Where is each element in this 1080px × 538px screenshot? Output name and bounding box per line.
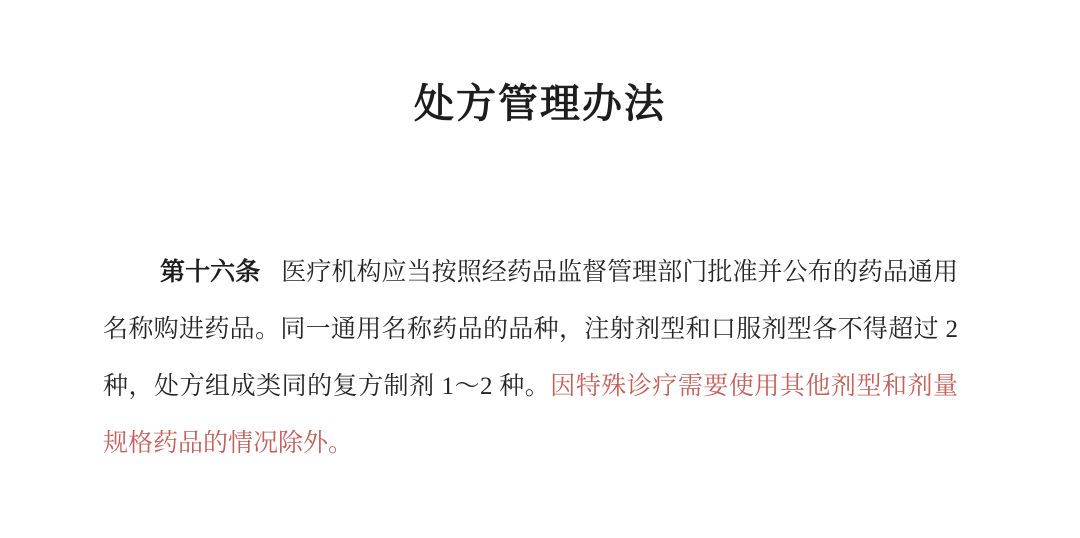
document-title: 处方管理办法 — [0, 72, 1080, 129]
article-number-label: 第十六条 — [160, 259, 260, 286]
document-page: 处方管理办法 第十六条医疗机构应当按照经药品监督管理部门批准并公布的药品通用名称… — [0, 0, 1080, 538]
article-paragraph: 第十六条医疗机构应当按照经药品监督管理部门批准并公布的药品通用名称购进药品。同一… — [103, 244, 958, 472]
